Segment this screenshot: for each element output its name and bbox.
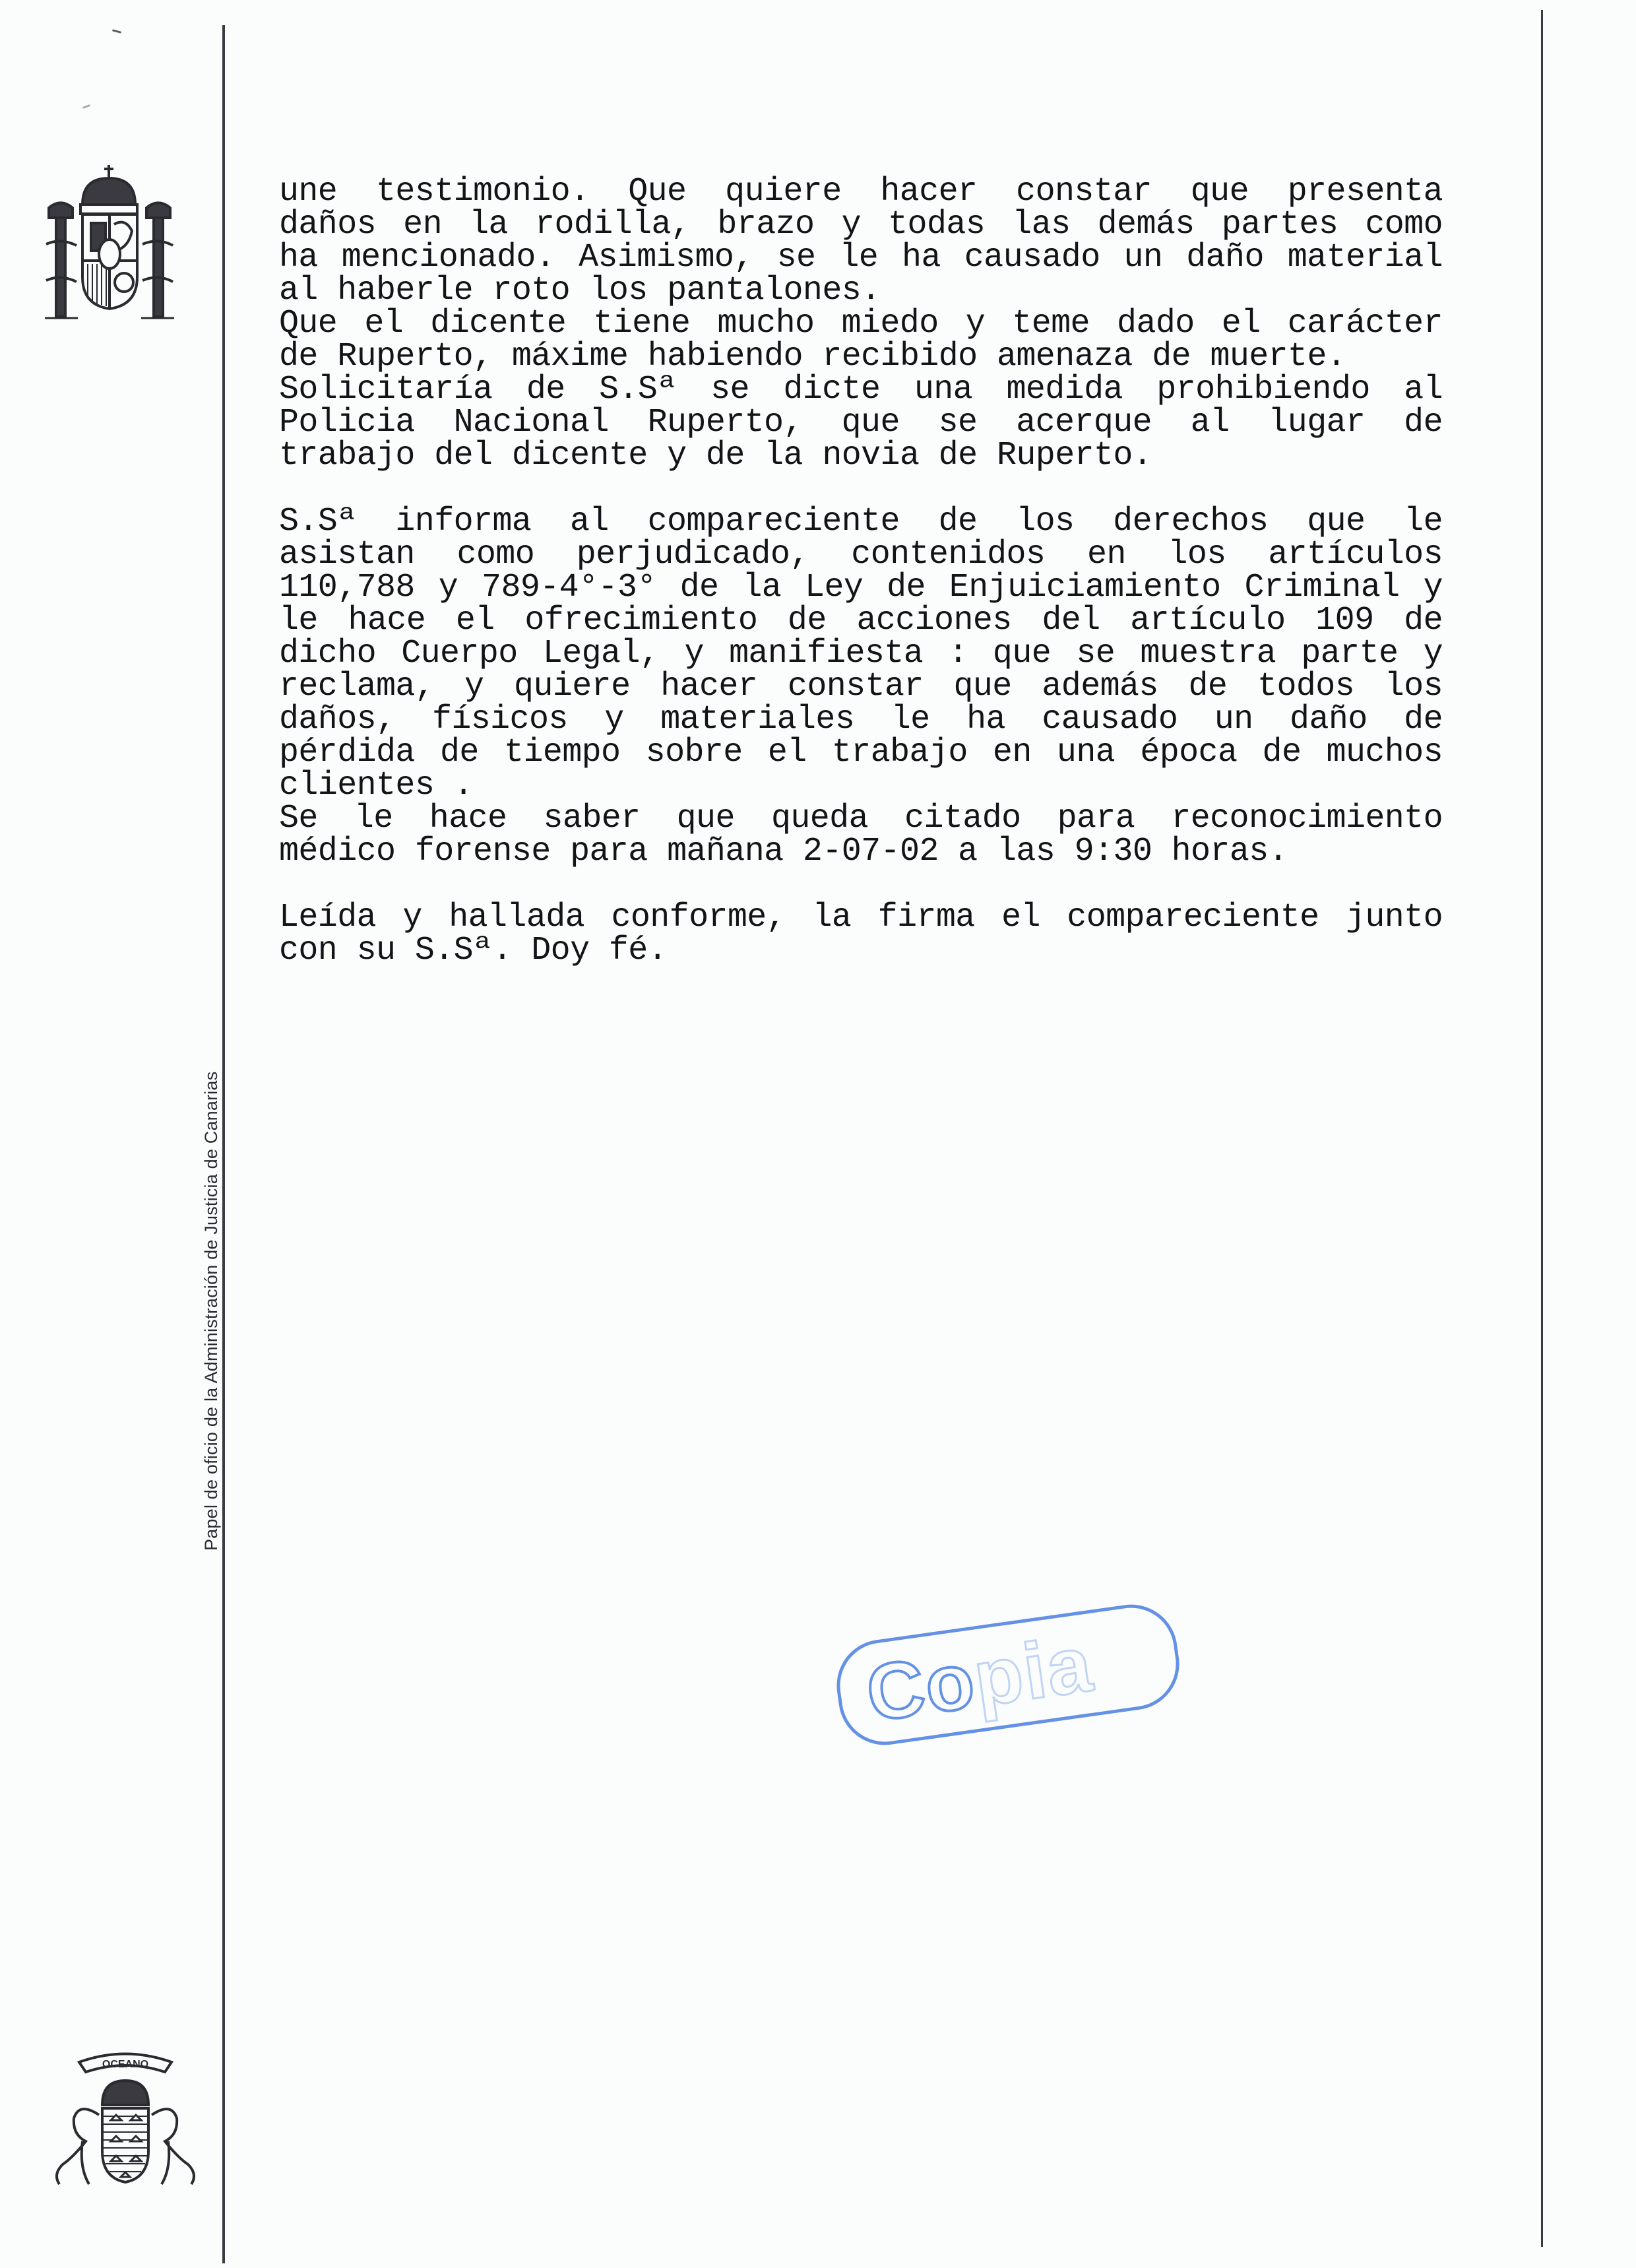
left-margin-rule xyxy=(222,25,225,2263)
right-margin-rule xyxy=(1541,10,1543,2247)
document-line: S.Sª informa al compareciente de los der… xyxy=(279,505,1443,538)
document-line: Que el dicente tiene mucho miedo y teme … xyxy=(279,308,1443,340)
official-paper-caption: Papel de oficio de la Administración de … xyxy=(201,1072,222,1551)
paragraph-gap xyxy=(279,472,1443,505)
spain-coat-of-arms-icon xyxy=(20,152,198,323)
document-line: clientes . xyxy=(279,769,1443,802)
document-line: 110,788 y 789-4°-3° de la Ley de Enjuici… xyxy=(279,571,1443,604)
document-line: Leída y hallada conforme, la firma el co… xyxy=(279,901,1443,934)
svg-text:OCEANO: OCEANO xyxy=(102,2059,148,2070)
document-line: daños, físicos y materiales le ha causad… xyxy=(279,703,1443,736)
document-line: trabajo del dicente y de la novia de Rup… xyxy=(279,439,1443,472)
copia-stamp: Copia xyxy=(831,1599,1185,1751)
document-line: une testimonio. Que quiere hacer constar… xyxy=(279,176,1443,209)
document-line: daños en la rodilla, brazo y todas las d… xyxy=(279,209,1443,242)
document-line: ha mencionado. Asimismo, se le ha causad… xyxy=(279,242,1443,275)
document-line: pérdida de tiempo sobre el trabajo en un… xyxy=(279,736,1443,769)
paragraph-gap xyxy=(279,868,1443,901)
document-line: al haberle roto los pantalones. xyxy=(279,275,1443,308)
document-line: Policia Nacional Ruperto, que se acerque… xyxy=(279,406,1443,439)
document-line: asistan como perjudicado, contenidos en … xyxy=(279,538,1443,571)
document-line: médico forense para mañana 2-07-02 a las… xyxy=(279,835,1443,868)
document-line: dicho Cuerpo Legal, y manifiesta : que s… xyxy=(279,637,1443,670)
document-body: une testimonio. Que quiere hacer constar… xyxy=(279,176,1443,967)
scan-speck xyxy=(112,29,121,34)
document-line: de Ruperto, máxime habiendo recibido ame… xyxy=(279,340,1443,373)
document-line: Se le hace saber que queda citado para r… xyxy=(279,802,1443,835)
document-line: Solicitaría de S.Sª se dicte una medida … xyxy=(279,373,1443,406)
document-line: reclama, y quiere hacer constar que adem… xyxy=(279,670,1443,703)
canarias-coat-of-arms-icon: OCEANO xyxy=(33,2042,218,2194)
document-line: con su S.Sª. Doy fé. xyxy=(279,934,1443,967)
stamp-text: Copia xyxy=(862,1624,1098,1734)
scan-speck xyxy=(82,104,90,109)
document-line: le hace el ofrecimiento de acciones del … xyxy=(279,604,1443,637)
